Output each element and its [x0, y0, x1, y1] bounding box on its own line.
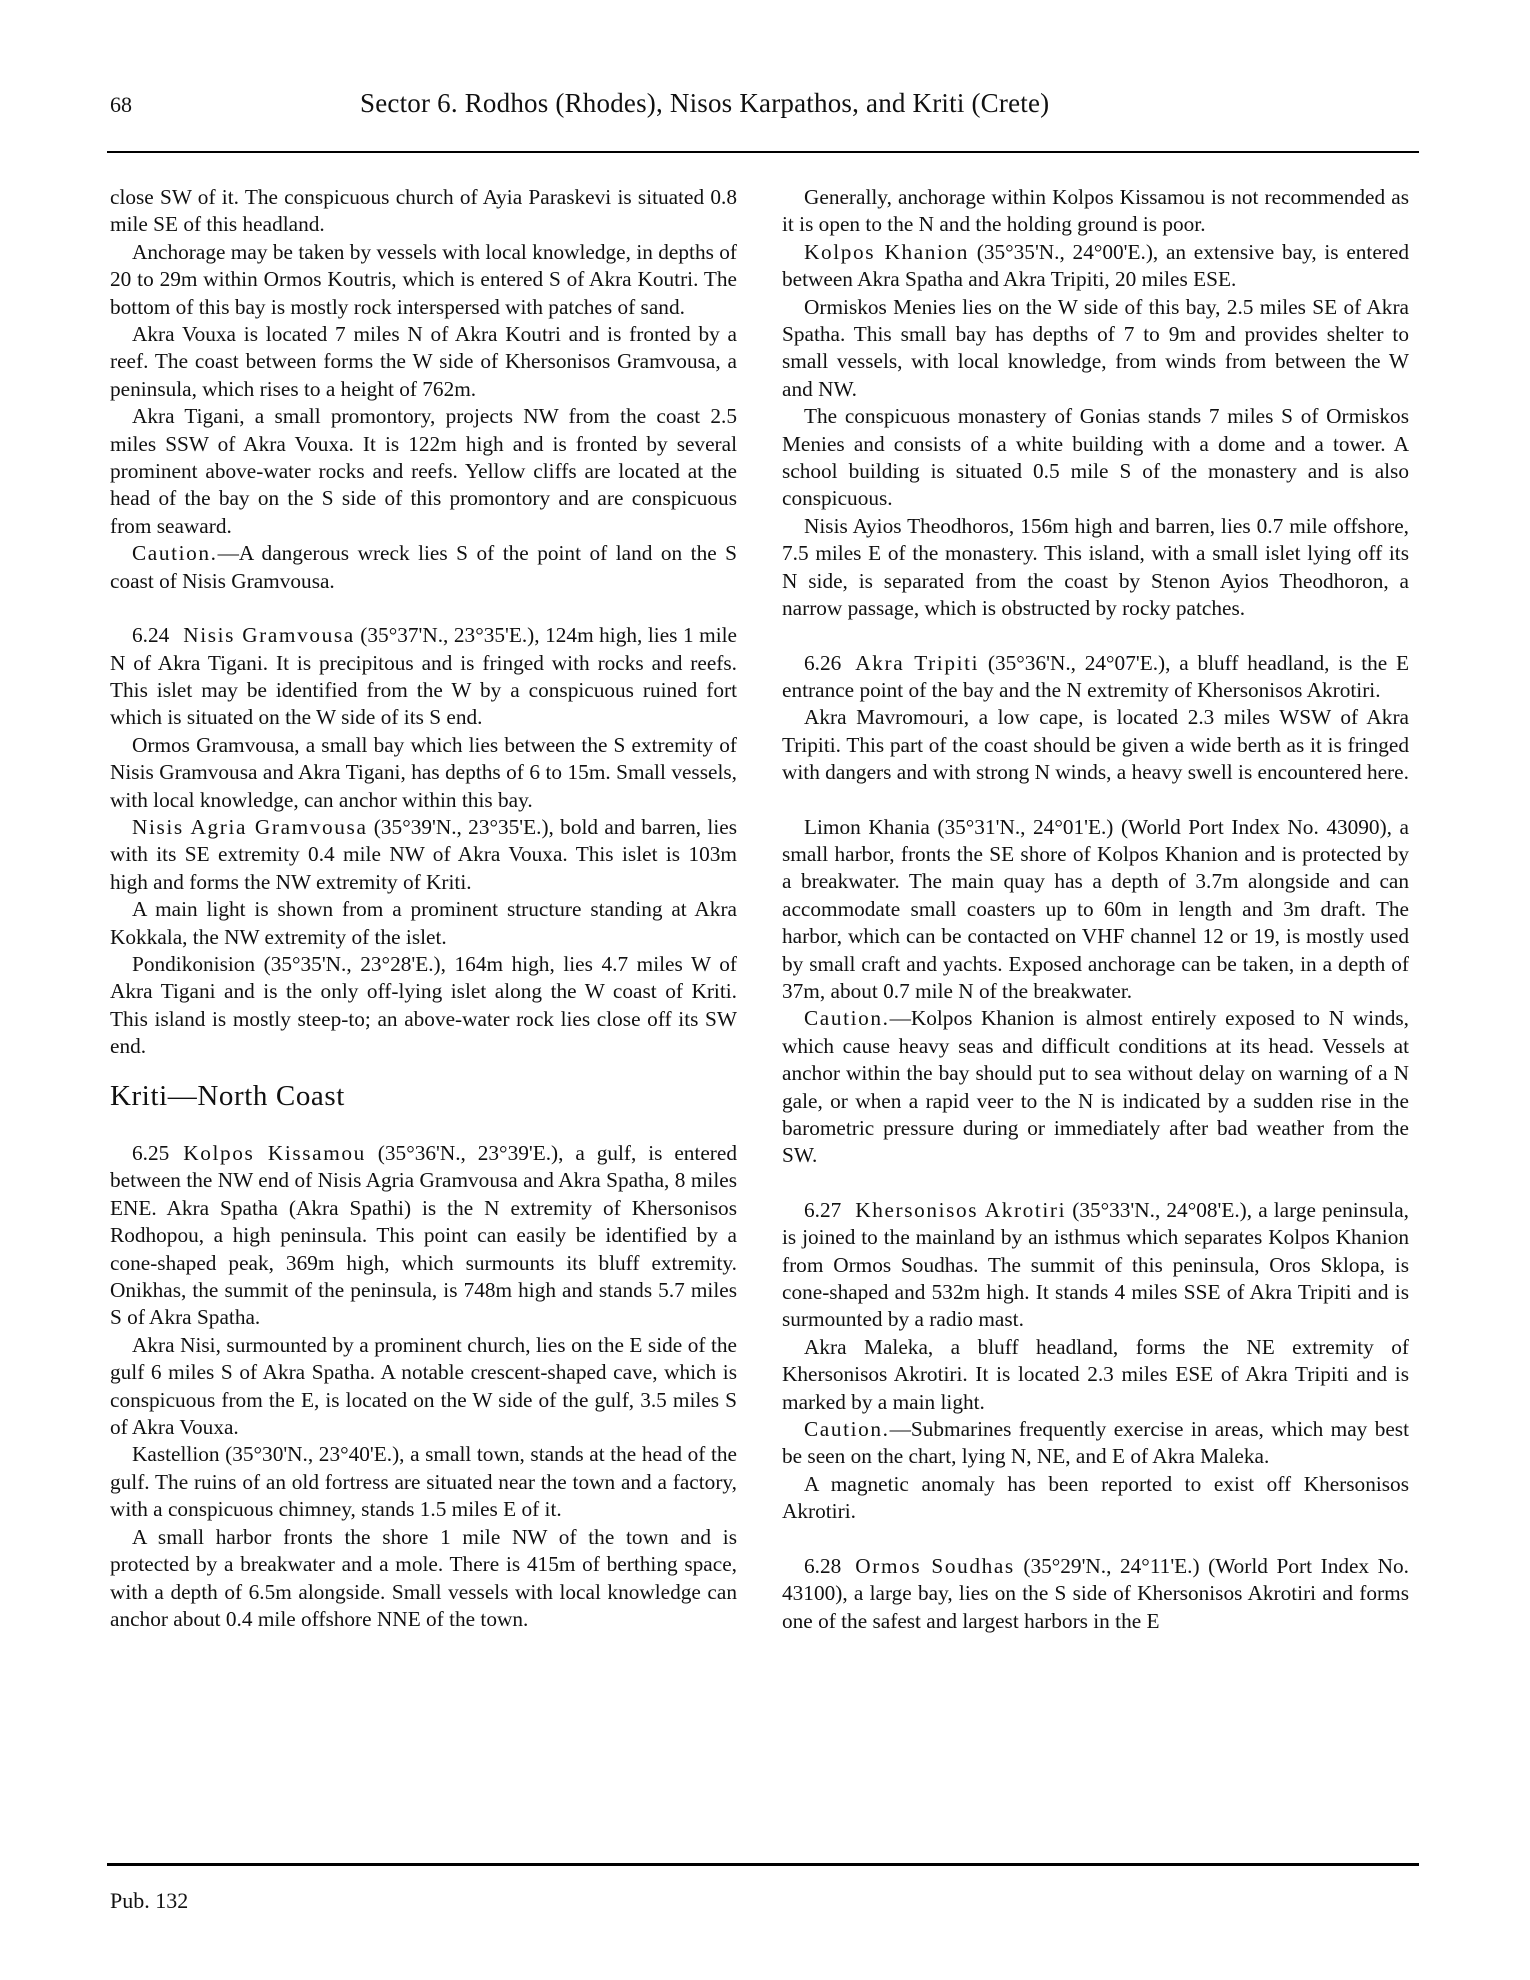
section-6-24: 6.24Nisis Gramvousa (35°37'N., 23°35'E.)…: [110, 622, 737, 732]
caution-paragraph: Caution.—Kolpos Khanion is almost entire…: [782, 1005, 1409, 1169]
spacer: [110, 595, 737, 622]
right-column: Generally, anchorage within Kolpos Kissa…: [782, 184, 1409, 1635]
section-6-28: 6.28Ormos Soudhas (35°29'N., 24°11'E.) (…: [782, 1553, 1409, 1635]
section-6-25: 6.25Kolpos Kissamou (35°36'N., 23°39'E.)…: [110, 1140, 737, 1332]
spacer: [782, 1170, 1409, 1197]
paragraph: Pondikonision (35°35'N., 23°28'E.), 164m…: [110, 951, 737, 1061]
caution-label: Caution.: [132, 541, 218, 565]
paragraph: A magnetic anomaly has been reported to …: [782, 1471, 1409, 1526]
section-number: 6.26: [804, 651, 841, 675]
paragraph: Anchorage may be taken by vessels with l…: [110, 239, 737, 321]
paragraph: close SW of it. The conspicuous church o…: [110, 184, 737, 239]
paragraph: A main light is shown from a prominent s…: [110, 896, 737, 951]
spacer: [782, 1526, 1409, 1553]
paragraph: Akra Mavromouri, a low cape, is located …: [782, 704, 1409, 786]
place-name: Kolpos Khanion: [804, 240, 969, 264]
left-column: close SW of it. The conspicuous church o…: [110, 184, 737, 1633]
section-name: Khersonisos Akrotiri: [855, 1198, 1066, 1222]
paragraph: Limon Khania (35°31'N., 24°01'E.) (World…: [782, 814, 1409, 1006]
spacer: [782, 787, 1409, 814]
section-number: 6.28: [804, 1554, 841, 1578]
paragraph: A small harbor fronts the shore 1 mile N…: [110, 1524, 737, 1634]
paragraph: The conspicuous monastery of Gonias stan…: [782, 403, 1409, 513]
paragraph: Nisis Ayios Theodhoros, 156m high and ba…: [782, 513, 1409, 623]
section-number: 6.25: [132, 1141, 169, 1165]
caution-label: Caution.: [804, 1006, 890, 1030]
section-name: Akra Tripiti: [855, 651, 979, 675]
running-title: Sector 6. Rodhos (Rhodes), Nisos Karpath…: [360, 88, 1049, 119]
place-name: Nisis Agria Gramvousa: [132, 815, 368, 839]
section-name: Nisis Gramvousa: [183, 623, 355, 647]
caution-paragraph: Caution.—A dangerous wreck lies S of the…: [110, 540, 737, 595]
section-6-27: 6.27Khersonisos Akrotiri (35°33'N., 24°0…: [782, 1197, 1409, 1334]
caution-paragraph: Caution.—Submarines frequently exercise …: [782, 1416, 1409, 1471]
paragraph: Akra Tigani, a small promontory, project…: [110, 403, 737, 540]
paragraph: Ormiskos Menies lies on the W side of th…: [782, 294, 1409, 404]
paragraph: Akra Vouxa is located 7 miles N of Akra …: [110, 321, 737, 403]
page-number: 68: [110, 92, 132, 118]
section-name: Kolpos Kissamou: [183, 1141, 366, 1165]
publication-label: Pub. 132: [110, 1888, 188, 1914]
section-heading: Kriti—North Coast: [110, 1083, 737, 1110]
section-6-26: 6.26Akra Tripiti (35°36'N., 24°07'E.), a…: [782, 650, 1409, 705]
section-number: 6.27: [804, 1198, 841, 1222]
paragraph: Ormos Gramvousa, a small bay which lies …: [110, 732, 737, 814]
paragraph: Kastellion (35°30'N., 23°40'E.), a small…: [110, 1441, 737, 1523]
caution-label: Caution.: [804, 1417, 890, 1441]
footer-rule: [107, 1863, 1419, 1866]
paragraph: Akra Maleka, a bluff headland, forms the…: [782, 1334, 1409, 1416]
paragraph: Akra Nisi, surmounted by a prominent chu…: [110, 1332, 737, 1442]
paragraph: Nisis Agria Gramvousa (35°39'N., 23°35'E…: [110, 814, 737, 896]
paragraph: Kolpos Khanion (35°35'N., 24°00'E.), an …: [782, 239, 1409, 294]
header-rule: [107, 151, 1419, 153]
spacer: [782, 623, 1409, 650]
section-name: Ormos Soudhas: [855, 1554, 1015, 1578]
paragraph: Generally, anchorage within Kolpos Kissa…: [782, 184, 1409, 239]
section-number: 6.24: [132, 623, 169, 647]
